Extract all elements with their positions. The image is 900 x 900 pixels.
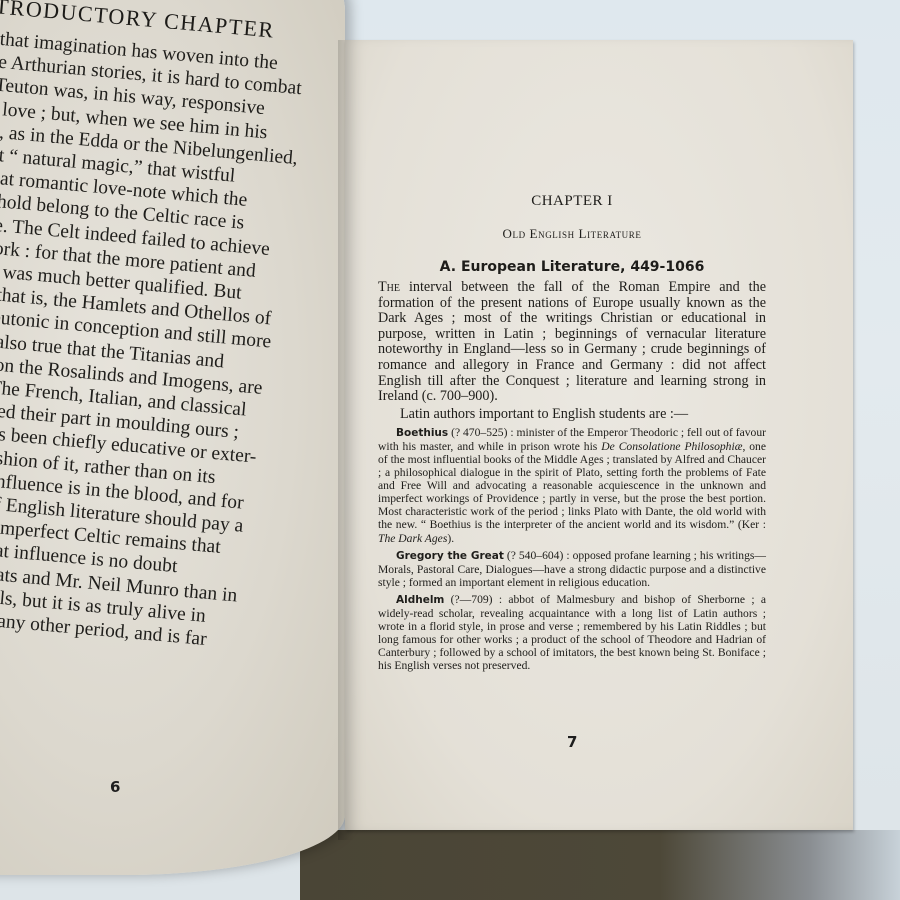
- entry-text: ).: [447, 532, 454, 545]
- left-page-body: r all that imagination has woven into th…: [0, 25, 345, 689]
- entry-name: Aldhelm: [378, 594, 444, 606]
- entry-aldhelm: Aldhelm (?—709) : abbot of Malmesbury an…: [378, 593, 766, 673]
- entry-name: Boethius: [378, 427, 448, 439]
- entry-boethius: Boethius (? 470–525) : minister of the E…: [378, 426, 766, 545]
- entry-dates: (? 540–604) :: [504, 549, 573, 562]
- table-surface: [300, 830, 900, 900]
- right-page: CHAPTER I Old English Literature A. Euro…: [345, 40, 853, 830]
- entry-gregory: Gregory the Great (? 540–604) : opposed …: [378, 549, 766, 589]
- chapter-title: Old English Literature: [378, 226, 766, 242]
- entry-text: , one of the most influential books of t…: [378, 440, 766, 532]
- section-heading: A. European Literature, 449-1066: [378, 259, 766, 275]
- entry-dates: (?—709) :: [444, 593, 508, 606]
- entry-title: De Consolatione Philosophiæ: [601, 440, 742, 453]
- entry-name: Gregory the Great: [378, 550, 504, 562]
- chapter-number: CHAPTER I: [378, 193, 766, 210]
- entry-dates: (? 470–525) :: [448, 426, 516, 439]
- page-number-left: 6: [110, 778, 120, 796]
- left-page: TRODUCTORY CHAPTER r all that imaginatio…: [0, 0, 345, 875]
- intro-first-word: The: [378, 279, 400, 295]
- left-page-text: TRODUCTORY CHAPTER r all that imaginatio…: [0, 0, 345, 689]
- intro-text: interval between the fall of the Roman E…: [378, 279, 766, 404]
- page-number-right: 7: [567, 733, 577, 751]
- right-page-content: CHAPTER I Old English Literature A. Euro…: [378, 193, 766, 672]
- intro-paragraph: The interval between the fall of the Rom…: [378, 280, 766, 405]
- entry-citation: The Dark Ages: [378, 532, 447, 545]
- lead-in: Latin authors important to English stude…: [378, 406, 766, 422]
